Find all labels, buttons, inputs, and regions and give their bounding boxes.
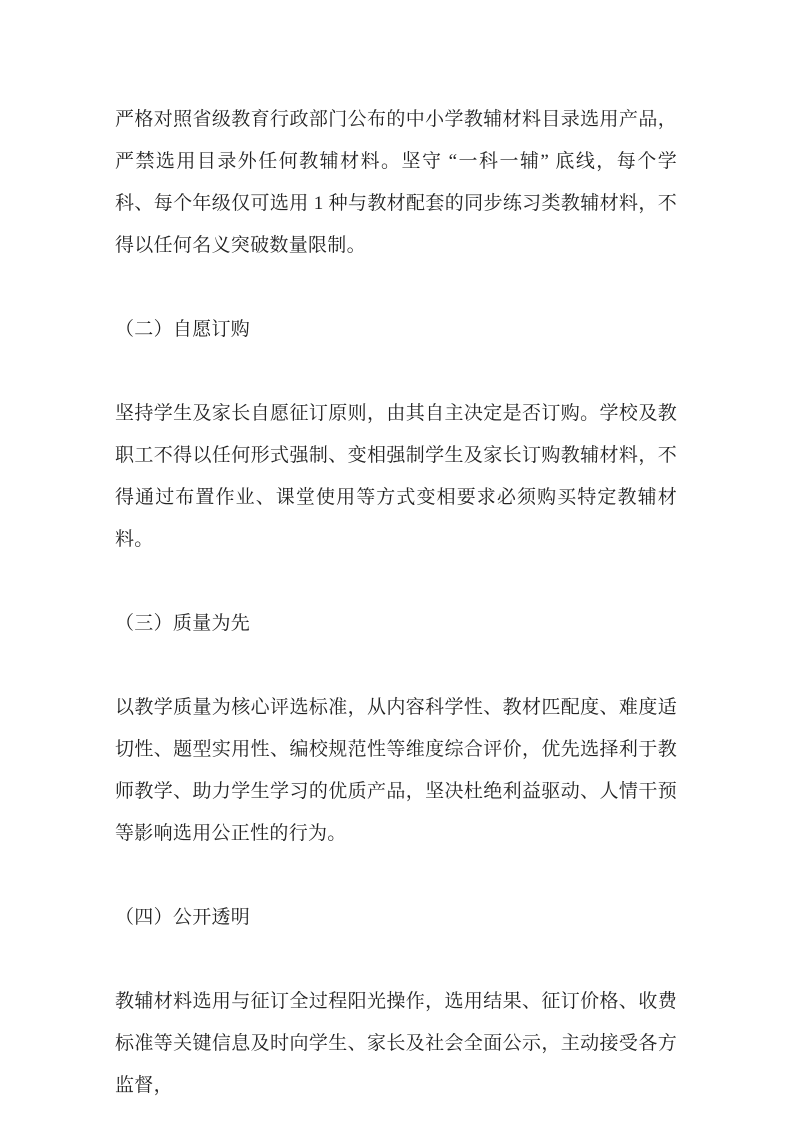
paragraph-directory-selection: 严格对照省级教育行政部门公布的中小学教辅材料目录选用产品，严禁选用目录外任何教辅… <box>115 99 677 267</box>
section-heading-quality-first: （三）质量为先 <box>115 603 677 645</box>
document-page: 严格对照省级教育行政部门公布的中小学教辅材料目录选用产品，严禁选用目录外任何教辅… <box>0 0 793 1122</box>
section-heading-voluntary-purchase: （二）自愿订购 <box>115 309 677 351</box>
section-heading-open-transparent: （四）公开透明 <box>115 897 677 939</box>
paragraph-voluntary-purchase: 坚持学生及家长自愿征订原则，由其自主决定是否订购。学校及教职工不得以任何形式强制… <box>115 393 677 561</box>
paragraph-quality-first: 以教学质量为核心评选标准，从内容科学性、教材匹配度、难度适切性、题型实用性、编校… <box>115 687 677 855</box>
paragraph-open-transparent: 教辅材料选用与征订全过程阳光操作，选用结果、征订价格、收费标准等关键信息及时向学… <box>115 981 677 1107</box>
